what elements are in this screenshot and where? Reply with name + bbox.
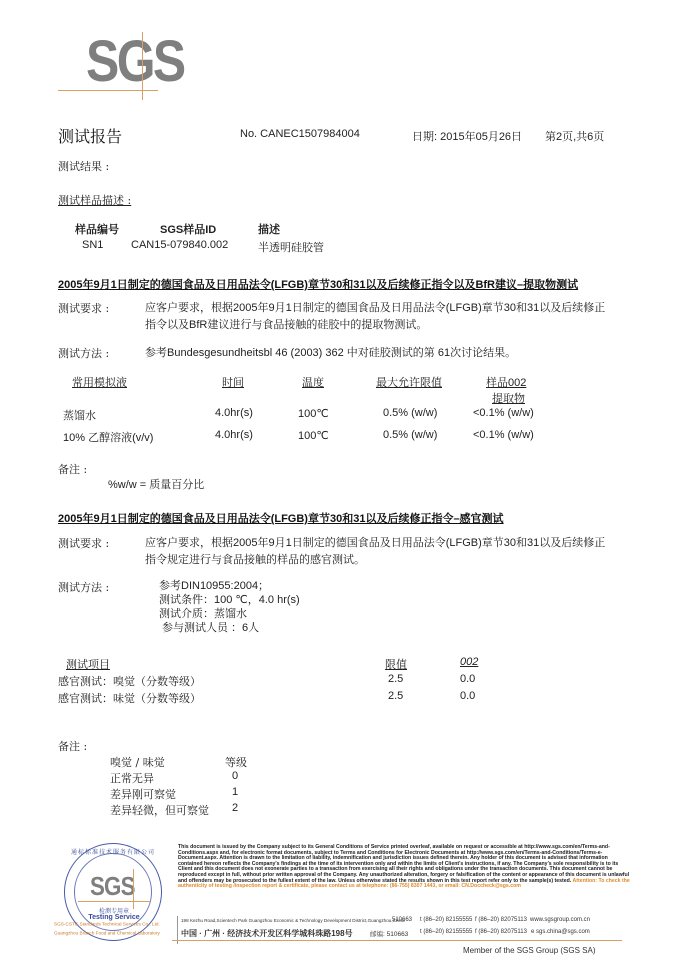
section1-requirement-text: 应客户要求，根据2005年9月1日制定的德国食品及日用品法令(LFGB)章节30… xyxy=(145,300,655,334)
section1-method-label: 测试方法 : xyxy=(58,345,109,362)
s1-row1-result: <0.1% (w/w) xyxy=(473,407,534,419)
footer-address-en: 198 Kezhu Road,Scientech Park Guangzhou … xyxy=(181,918,405,923)
section1-requirement-line1: 应客户要求，根据2005年9月1日制定的德国食品及日用品法令(LFGB)章节30… xyxy=(145,300,655,317)
s2-row2-item: 感官测试：味觉（分数等级） xyxy=(58,690,201,706)
s2-row2-limit: 2.5 xyxy=(388,690,403,702)
footer-postcode-en: 510663 xyxy=(392,917,412,923)
grade-row3-desc: 差异轻微，但可察觉 xyxy=(110,802,209,818)
sample-row-sgsid: CAN15-079840.002 xyxy=(131,239,228,251)
testing-service-stamp: 通标标准技术服务有限公司 SGS 检测专用章 Testing Service S… xyxy=(58,843,170,943)
s1-row1-temp: 100℃ xyxy=(298,407,329,420)
method-medium: 测试介质：蒸馏水 xyxy=(159,607,300,621)
sample-col-header-desc: 描述 xyxy=(258,221,280,237)
grade-row1-level: 0 xyxy=(232,770,238,782)
stamp-logo-vline xyxy=(133,869,134,909)
method-participants: 参与测试人员 ：6人 xyxy=(159,621,300,635)
sample-col-header-id: 样品编号 xyxy=(75,221,119,237)
s1-row1-time: 4.0hr(s) xyxy=(215,407,253,419)
section2-method-lines: 参考DIN10955:2004； 测试条件：100 ℃，4.0 hr(s) 测试… xyxy=(159,579,300,635)
s1-th-simulant: 常用模拟液 xyxy=(72,374,127,390)
s1-th-time: 时间 xyxy=(222,374,244,390)
footer-fax-2: f (86–20) 82075113 xyxy=(475,929,527,935)
method-reference: 参考DIN10955:2004； xyxy=(159,579,300,593)
method-conditions: 测试条件：100 ℃，4.0 hr(s) xyxy=(159,593,300,607)
sample-row-id: SN1 xyxy=(82,239,103,251)
section2-requirement-label: 测试要求 : xyxy=(58,535,109,552)
section2-heading: 2005年9月1日制定的德国食品及日用品法令(LFGB)章节30和31以及后续修… xyxy=(58,510,504,526)
section1-notes-text: %w/w = 质量百分比 xyxy=(108,476,204,492)
section2-notes-label: 备注 : xyxy=(58,738,87,754)
grade-row2-desc: 差异刚可察觉 xyxy=(110,786,176,802)
stamp-sgs-logo: SGS xyxy=(90,871,135,902)
grade-row3-level: 2 xyxy=(232,802,238,814)
stamp-company-line: SGS-CSTC Standards Technical Services Co… xyxy=(54,922,160,927)
sample-col-header-sgsid: SGS样品ID xyxy=(160,221,216,237)
section1-notes-label: 备注 : xyxy=(58,461,87,477)
s1-row2-result: <0.1% (w/w) xyxy=(473,429,534,441)
sgs-logo: SGS xyxy=(58,32,158,102)
footer-postcode-cn: 邮编: 510663 xyxy=(370,929,408,938)
footer-disclaimer: This document is issued by the Company s… xyxy=(178,845,630,890)
report-title: 测试报告 xyxy=(58,124,122,147)
footer-tel-2: t (86–20) 82155555 xyxy=(420,929,472,935)
stamp-en-label: Testing Service xyxy=(58,914,170,921)
footer-separator xyxy=(172,940,622,941)
s2-row2-result: 0.0 xyxy=(460,690,475,702)
s1-row2-time: 4.0hr(s) xyxy=(215,429,253,441)
section2-requirement-text: 应客户要求，根据2005年9月1日制定的德国食品及日用品法令(LFGB)章节30… xyxy=(145,535,655,569)
s2-th-item: 测试项目 xyxy=(66,656,110,672)
footer-member: Member of the SGS Group (SGS SA) xyxy=(463,946,596,955)
grade-row1-desc: 正常无异 xyxy=(110,770,154,786)
section1-requirement-line2: 指令以及BfR建议进行与食品接触的硅胶中的提取物测试。 xyxy=(145,317,655,334)
s2-th-limit: 限值 xyxy=(385,656,407,672)
grade-th-level: 等级 xyxy=(225,754,247,770)
results-label: 测试结果 : xyxy=(58,158,109,174)
s2-row1-limit: 2.5 xyxy=(388,673,403,685)
s2-row1-result: 0.0 xyxy=(460,673,475,685)
footer-address-cn: 中国 · 广州 · 经济技术开发区科学城科珠路198号 xyxy=(181,928,353,939)
s1-th-sample: 样品002 xyxy=(486,374,526,390)
stamp-arc-text: 通标标准技术服务有限公司 xyxy=(70,847,156,856)
logo-horizontal-line xyxy=(58,90,158,91)
s1-th-extract: 提取物 xyxy=(492,390,525,406)
section1-heading: 2005年9月1日制定的德国食品及日用品法令(LFGB)章节30和31以及后续修… xyxy=(58,276,578,292)
section2-requirement-line1: 应客户要求，根据2005年9月1日制定的德国食品及日用品法令(LFGB)章节30… xyxy=(145,535,655,552)
grade-th-sense: 嗅觉 / 味觉 xyxy=(110,754,165,770)
footer-fax-1: f (86–20) 82075113 xyxy=(475,917,527,923)
footer-email: e sgs.china@sgs.com xyxy=(531,929,590,935)
sample-row-desc: 半透明硅胶管 xyxy=(258,239,324,255)
report-number: No. CANEC1507984004 xyxy=(240,128,360,140)
footer-website: www.sgsgroup.com.cn xyxy=(530,917,590,923)
section1-requirement-label: 测试要求 : xyxy=(58,300,109,317)
section1-method-text: 参考Bundesgesundheitsbl 46 (2003) 362 中对硅胶… xyxy=(145,345,516,362)
logo-vertical-line xyxy=(142,32,143,100)
s1-row2-simulant: 10% 乙醇溶液(v/v) xyxy=(63,429,153,445)
s1-th-temp: 温度 xyxy=(302,374,324,390)
sample-desc-label: 测试样品描述 : xyxy=(58,192,131,208)
s1-row1-simulant: 蒸馏水 xyxy=(63,407,96,423)
s1-th-limit: 最大允许限值 xyxy=(376,374,442,390)
disclaimer-text: This document is issued by the Company s… xyxy=(178,844,629,884)
s1-row1-limit: 0.5% (w/w) xyxy=(383,407,437,419)
report-date: 日期: 2015年05月26日 xyxy=(412,128,522,144)
stamp-logo-hline xyxy=(78,901,150,902)
page-indicator: 第2页,共6页 xyxy=(545,128,604,144)
section2-requirement-line2: 指令规定进行与食品接触的样品的感官测试。 xyxy=(145,552,655,569)
stamp-lab-line: Guangzhou Branch Food and Chemical Labor… xyxy=(54,931,160,936)
footer-tel-1: t (86–20) 82155555 xyxy=(420,917,472,923)
sgs-logo-text: SGS xyxy=(86,32,184,92)
s2-row1-item: 感官测试：嗅觉（分数等级） xyxy=(58,673,201,689)
s2-th-sample: 002 xyxy=(460,656,478,668)
s1-row2-temp: 100℃ xyxy=(298,429,329,442)
s1-row2-limit: 0.5% (w/w) xyxy=(383,429,437,441)
section2-method-label: 测试方法 : xyxy=(58,579,109,596)
grade-row2-level: 1 xyxy=(232,786,238,798)
